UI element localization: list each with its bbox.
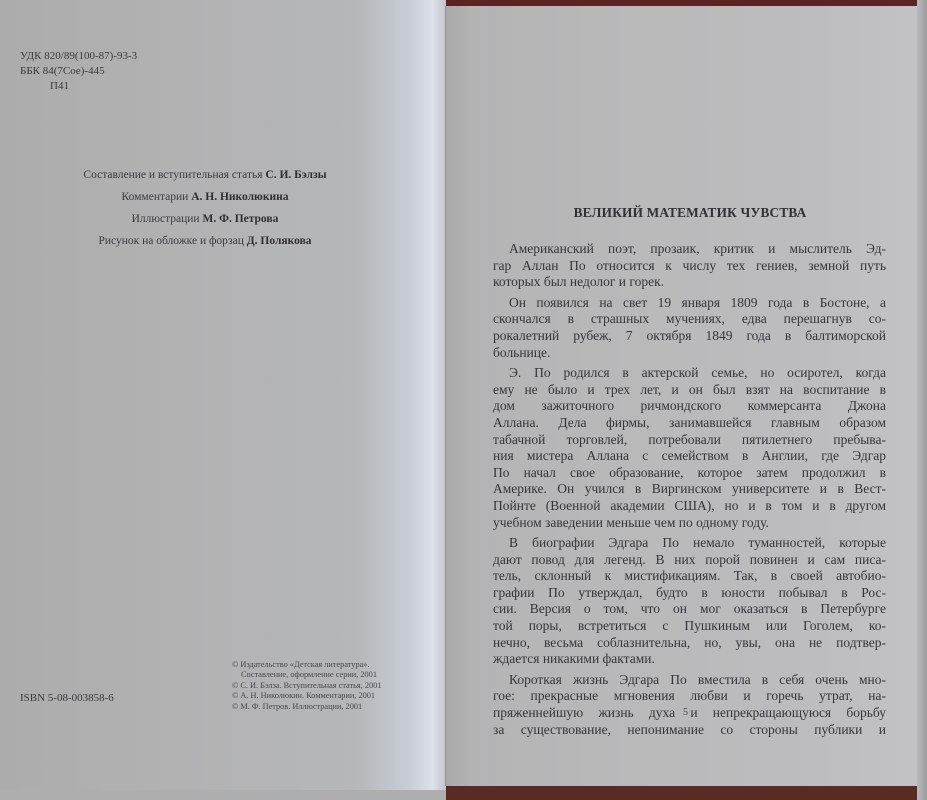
open-book-spread: УДК 820/89(100-87)-93-3 ББК 84(7Сое)-445… <box>0 0 927 800</box>
paragraph: В биографии Эдгара По немало туманностей… <box>493 535 886 668</box>
bbk-code: ББК 84(7Сое)-445 <box>20 64 137 79</box>
copyright-block: © Издательство «Детская литература». Сос… <box>232 660 381 712</box>
left-page-bottom-edge <box>0 790 446 800</box>
credits-block: Составление и вступительная статья С. И.… <box>40 164 370 252</box>
page-number: 5 <box>683 707 688 718</box>
background-surface-bottom <box>446 786 927 800</box>
page-edge-right <box>917 0 927 800</box>
author-mark: П41 <box>20 79 137 94</box>
catalog-codes: УДК 820/89(100-87)-93-3 ББК 84(7Сое)-445… <box>20 49 137 94</box>
chapter-body: Американский поэт, прозаик, критик и мыс… <box>493 241 886 742</box>
copyright-line: © Издательство «Детская литература». <box>232 660 381 670</box>
isbn: ISBN 5-08-003858-6 <box>20 692 114 704</box>
paragraph: Он появился на свет 19 января 1809 года … <box>493 295 886 361</box>
copyright-line: © С. И. Бэлза. Вступительная статья, 200… <box>232 681 381 691</box>
copyright-line: © М. Ф. Петров. Иллюстрации, 2001 <box>232 702 381 712</box>
credit-comments: Комментарии А. Н. Николюкина <box>40 186 370 208</box>
paragraph: Э. По родился в актерской семье, но осир… <box>493 365 886 531</box>
paragraph: Американский поэт, прозаик, критик и мыс… <box>493 241 886 291</box>
credit-illustrations: Иллюстрации М. Ф. Петрова <box>40 208 370 230</box>
copyright-line: © А. Н. Николюкин. Комментарии, 2001 <box>232 691 381 701</box>
paragraph: Короткая жизнь Эдгара По вместила в себя… <box>493 672 886 738</box>
credit-compilation: Составление и вступительная статья С. И.… <box>40 164 370 186</box>
udc-code: УДК 820/89(100-87)-93-3 <box>20 49 137 64</box>
credit-cover: Рисунок на обложке и форзац Д. Полякова <box>40 230 370 252</box>
left-page: УДК 820/89(100-87)-93-3 ББК 84(7Сое)-445… <box>0 0 446 800</box>
chapter-title: ВЕЛИКИЙ МАТЕМАТИК ЧУВСТВА <box>470 205 910 221</box>
copyright-line: Составление, оформление серии, 2001 <box>232 670 381 680</box>
